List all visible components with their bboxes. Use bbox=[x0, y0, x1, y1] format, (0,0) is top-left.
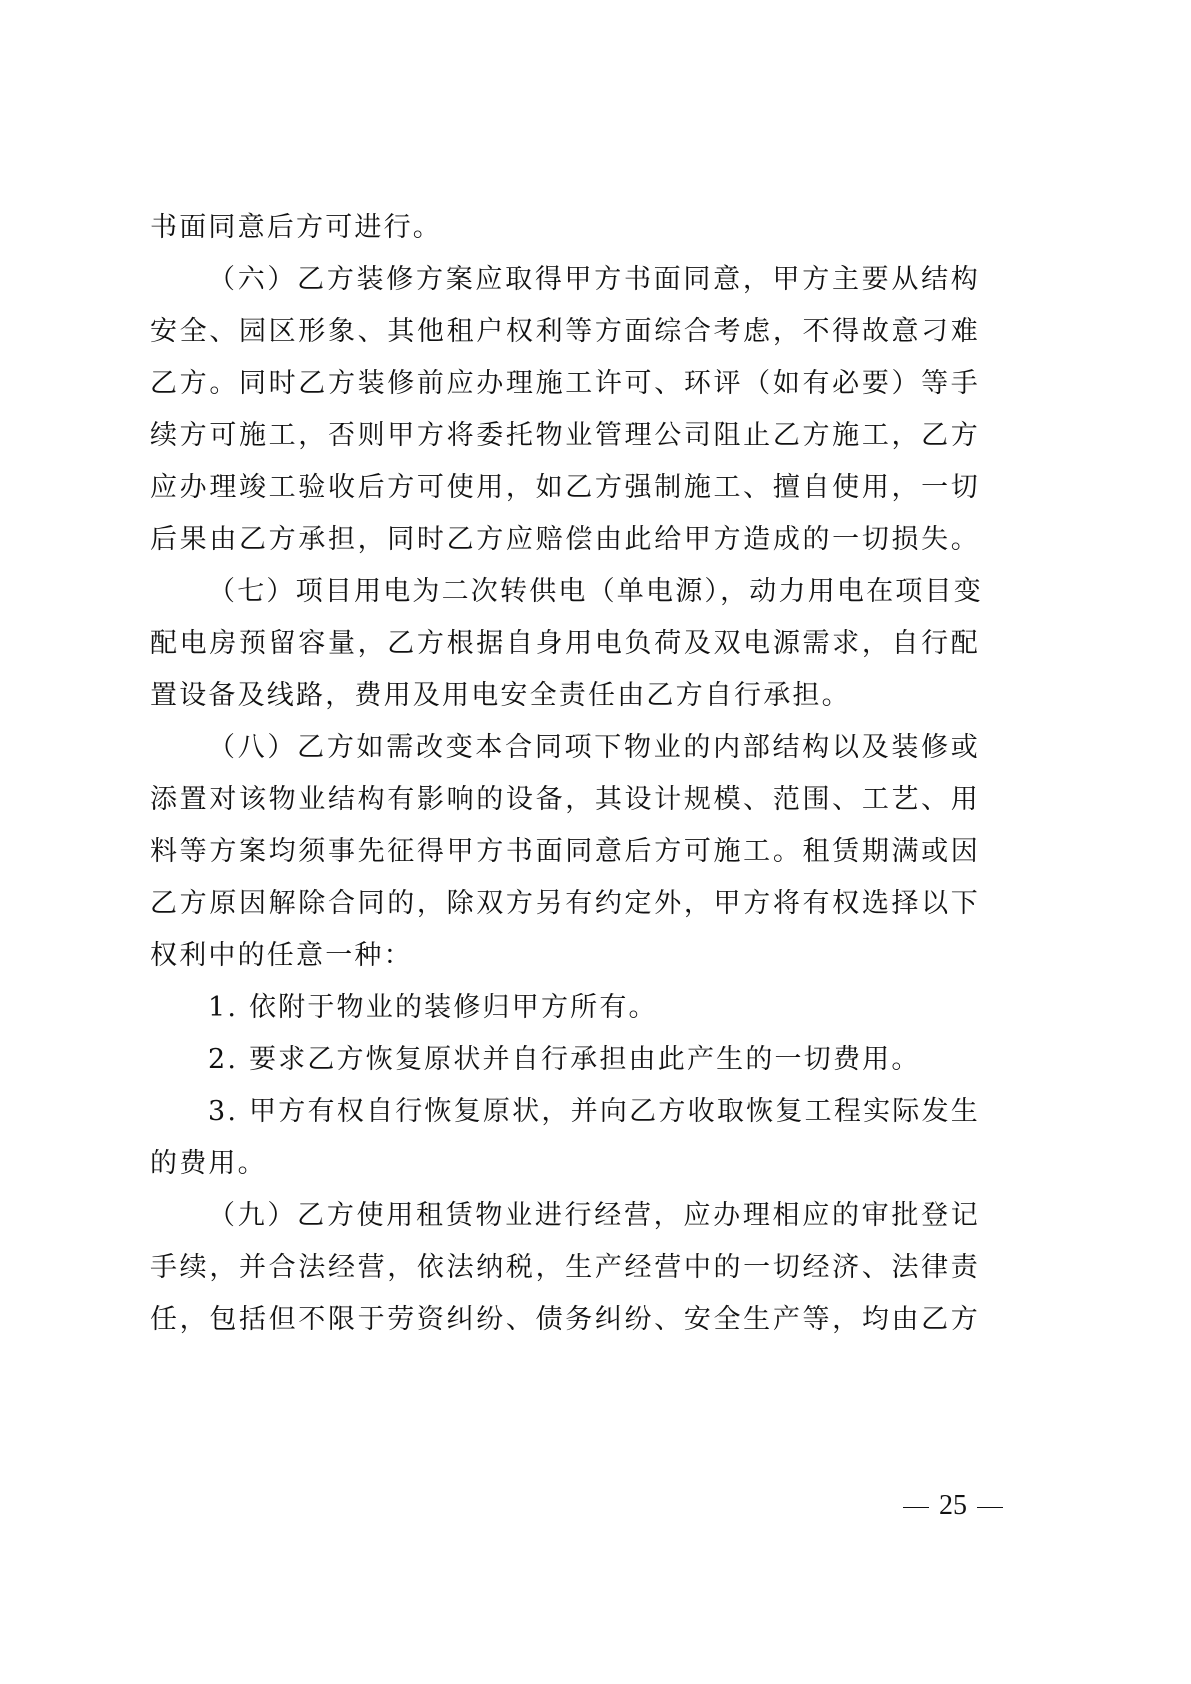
text-line-13: 料等方案均须事先征得甲方书面同意后方可施工。租赁期满或因 bbox=[150, 826, 980, 878]
page-number: 25 bbox=[893, 1488, 1013, 1524]
text-line-2: （六）乙方装修方案应取得甲方书面同意，甲方主要从结构 bbox=[150, 254, 980, 306]
page-number-value: 25 bbox=[939, 1490, 967, 1521]
dash-left bbox=[903, 1507, 929, 1509]
dash-right bbox=[977, 1507, 1003, 1509]
document-page: 书面同意后方可进行。 （六）乙方装修方案应取得甲方书面同意，甲方主要从结构 安全… bbox=[0, 0, 1191, 1684]
text-line-6: 应办理竣工验收后方可使用，如乙方强制施工、擅自使用，一切 bbox=[150, 462, 980, 514]
text-line-22: 任，包括但不限于劳资纠纷、债务纠纷、安全生产等，均由乙方 bbox=[150, 1294, 980, 1346]
text-line-8: （七）项目用电为二次转供电（单电源），动力用电在项目变 bbox=[150, 566, 980, 618]
text-line-21: 手续，并合法经营，依法纳税，生产经营中的一切经济、法律责 bbox=[150, 1242, 980, 1294]
text-line-15: 权利中的任意一种： bbox=[150, 930, 980, 982]
text-line-5: 续方可施工，否则甲方将委托物业管理公司阻止乙方施工，乙方 bbox=[150, 410, 980, 462]
text-line-10: 置设备及线路，费用及用电安全责任由乙方自行承担。 bbox=[150, 670, 980, 722]
list-item-1: 1. 依附于物业的装修归甲方所有。 bbox=[150, 982, 980, 1034]
text-line-11: （八）乙方如需改变本合同项下物业的内部结构以及装修或 bbox=[150, 722, 980, 774]
list-item-3: 3. 甲方有权自行恢复原状，并向乙方收取恢复工程实际发生 bbox=[150, 1086, 980, 1138]
text-line-19: 的费用。 bbox=[150, 1138, 980, 1190]
text-line-4: 乙方。同时乙方装修前应办理施工许可、环评（如有必要）等手 bbox=[150, 358, 980, 410]
list-item-2: 2. 要求乙方恢复原状并自行承担由此产生的一切费用。 bbox=[150, 1034, 980, 1086]
text-line-12: 添置对该物业结构有影响的设备，其设计规模、范围、工艺、用 bbox=[150, 774, 980, 826]
text-line-3: 安全、园区形象、其他租户权利等方面综合考虑，不得故意刁难 bbox=[150, 306, 980, 358]
text-line-1: 书面同意后方可进行。 bbox=[150, 202, 980, 254]
document-body: 书面同意后方可进行。 （六）乙方装修方案应取得甲方书面同意，甲方主要从结构 安全… bbox=[150, 202, 980, 1346]
text-line-14: 乙方原因解除合同的，除双方另有约定外，甲方将有权选择以下 bbox=[150, 878, 980, 930]
text-line-20: （九）乙方使用租赁物业进行经营，应办理相应的审批登记 bbox=[150, 1190, 980, 1242]
text-line-9: 配电房预留容量，乙方根据自身用电负荷及双电源需求，自行配 bbox=[150, 618, 980, 670]
text-line-7: 后果由乙方承担，同时乙方应赔偿由此给甲方造成的一切损失。 bbox=[150, 514, 980, 566]
